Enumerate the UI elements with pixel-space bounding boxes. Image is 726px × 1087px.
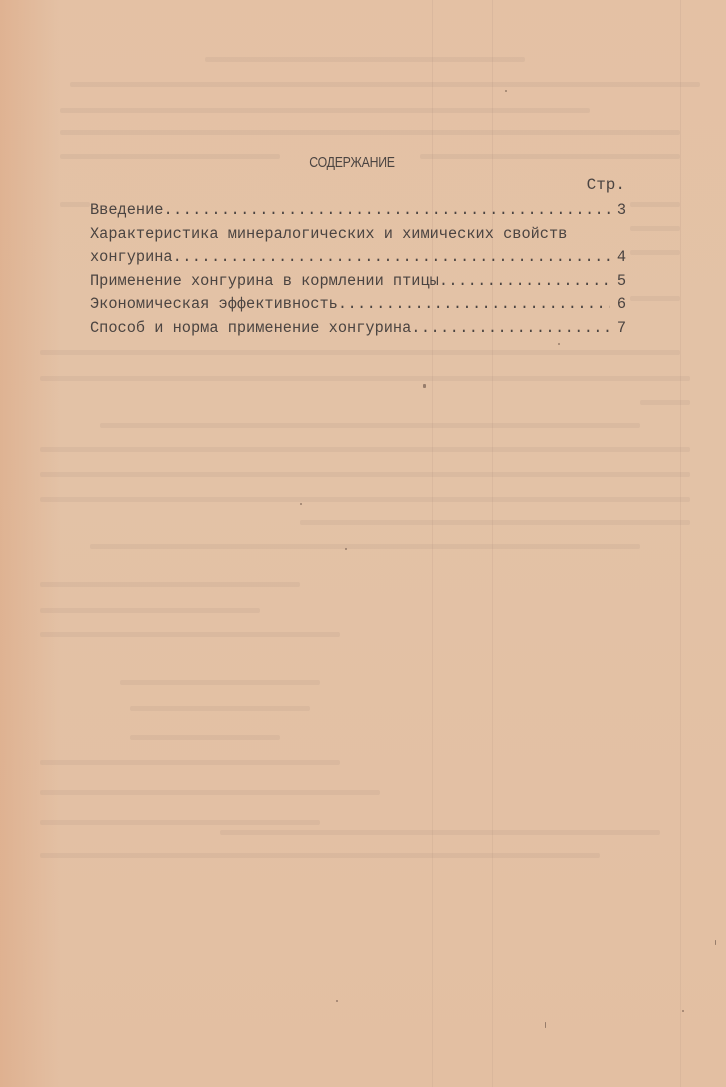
- toc-entry-title: Введение: [90, 199, 163, 223]
- page-title: СОДЕРЖАНИЕ: [63, 154, 640, 171]
- toc-entry-title-continued: хонгурина: [90, 246, 173, 270]
- toc-entry-properties-line1: Характеристика минералогических и химиче…: [90, 223, 626, 247]
- toc-entry-page: 7: [610, 317, 626, 341]
- leader-dots: [173, 246, 610, 270]
- toc-entry-page: 3: [610, 199, 626, 223]
- toc-entry-page: 5: [610, 270, 626, 294]
- leader-dots: [439, 270, 610, 294]
- leader-dots: [163, 199, 610, 223]
- toc-entry-method-and-dosage: Способ и норма применение хонгурина 7: [90, 317, 626, 341]
- toc-entry-page: 6: [610, 293, 626, 317]
- toc-entry-title: Способ и норма применение хонгурина: [90, 317, 411, 341]
- toc-entry-title: Экономическая эффективность: [90, 293, 338, 317]
- page-column-label: Стр.: [587, 176, 625, 194]
- paper-fold-line: [680, 0, 681, 1087]
- toc-entry-page: 4: [610, 246, 626, 270]
- leader-dots: [338, 293, 610, 317]
- leader-dots: [411, 317, 610, 341]
- toc-entry-title: Применение хонгурина в кормлении птицы: [90, 270, 439, 294]
- toc-entry-poultry-feeding: Применение хонгурина в кормлении птицы 5: [90, 270, 626, 294]
- toc-entry-title: Характеристика минералогических и химиче…: [90, 223, 567, 247]
- toc-entry-introduction: Введение 3: [90, 199, 626, 223]
- toc-entry-properties-line2: хонгурина 4: [90, 246, 626, 270]
- toc-entry-economic-efficiency: Экономическая эффективность 6: [90, 293, 626, 317]
- table-of-contents: Введение 3 Характеристика минералогическ…: [90, 199, 626, 341]
